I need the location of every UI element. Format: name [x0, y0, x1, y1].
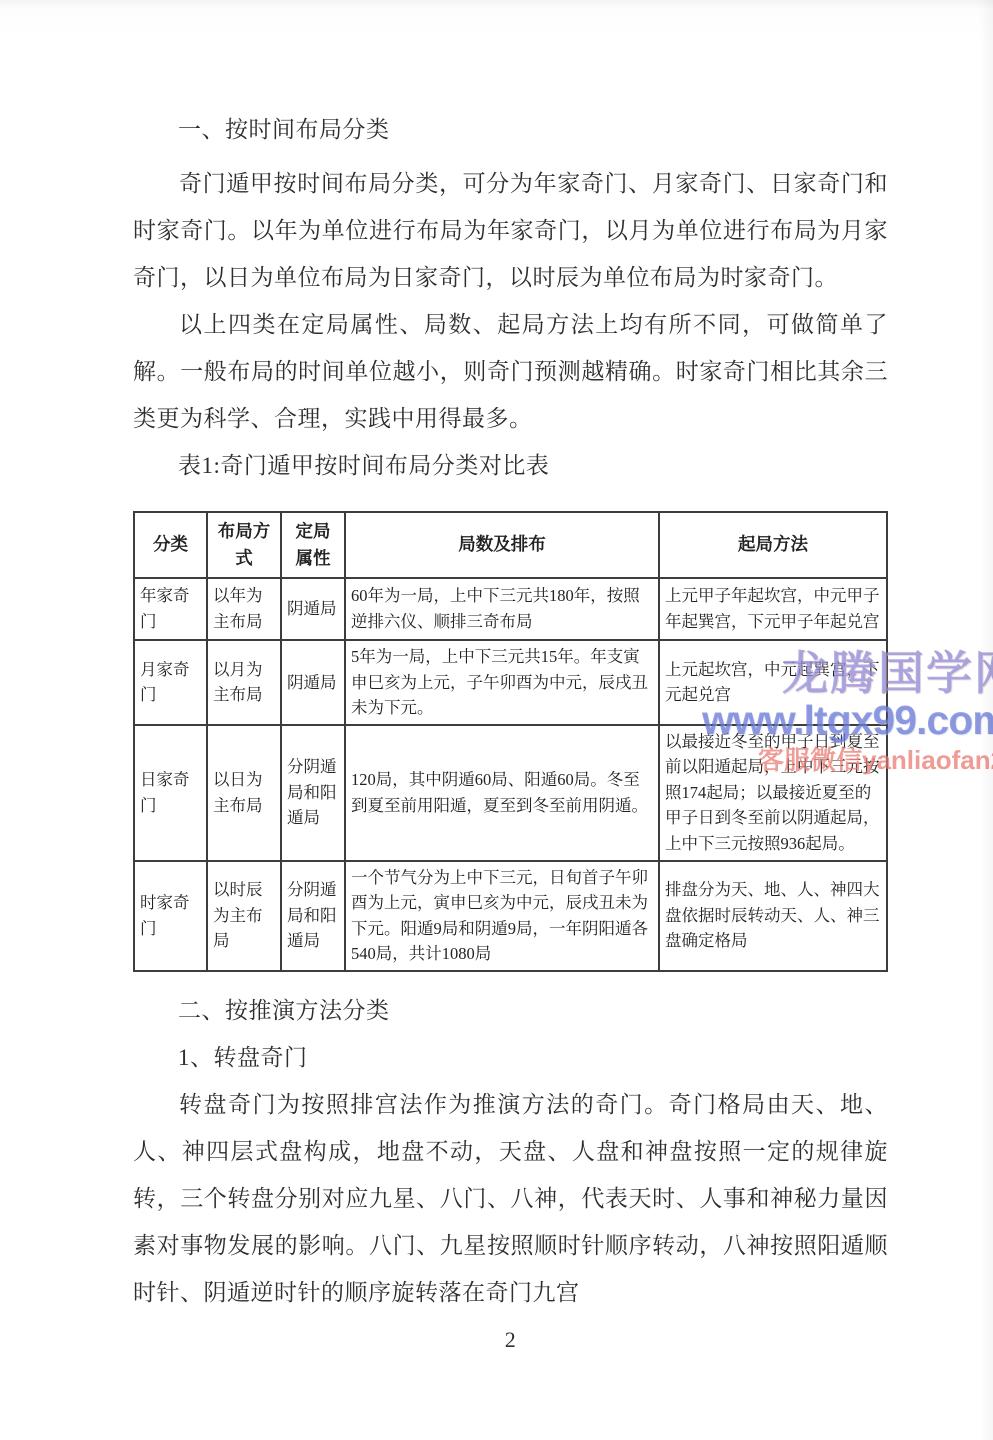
page-number: 2 — [133, 1316, 888, 1363]
table-header-ju-arrangement: 局数及排布 — [345, 512, 659, 578]
table-cell: 以日为主布局 — [207, 725, 281, 861]
table-header-ju-attribute: 定局属性 — [281, 512, 345, 578]
table-cell: 月家奇门 — [134, 640, 207, 725]
page-content: 一、按时间布局分类 奇门遁甲按时间布局分类，可分为年家奇门、月家奇门、日家奇门和… — [133, 0, 888, 1363]
table-header-qiju-method: 起局方法 — [659, 512, 887, 578]
table-row-year: 年家奇门 以年为主布局 阴遁局 60年为一局，上中下三元共180年，按照逆排六仪… — [134, 578, 887, 640]
table-cell: 上元甲子年起坎宫，中元甲子年起巽宫，下元甲子年起兑宫 — [659, 578, 887, 640]
paragraph-1: 奇门遁甲按时间布局分类，可分为年家奇门、月家奇门、日家奇门和时家奇门。以年为单位… — [133, 160, 888, 301]
section-heading-2: 二、按推演方法分类 — [133, 987, 888, 1034]
table-header-category: 分类 — [134, 512, 207, 578]
table-row-hour: 时家奇门 以时辰为主布局 分阴遁局和阳遁局 一个节气分为上中下三元，日旬首子午卯… — [134, 861, 887, 971]
table-caption: 表1:奇门遁甲按时间布局分类对比表 — [133, 442, 888, 489]
section-heading-1: 一、按时间布局分类 — [133, 106, 888, 153]
table-cell: 以年为主布局 — [207, 578, 281, 640]
table-cell: 阴遁局 — [281, 640, 345, 725]
document-page: 一、按时间布局分类 奇门遁甲按时间布局分类，可分为年家奇门、月家奇门、日家奇门和… — [0, 0, 993, 1440]
table-row-day: 日家奇门 以日为主布局 分阴遁局和阳遁局 120局，其中阴遁60局、阳遁60局。… — [134, 725, 887, 861]
table-cell: 60年为一局，上中下三元共180年，按照逆排六仪、顺排三奇布局 — [345, 578, 659, 640]
table-cell: 分阴遁局和阳遁局 — [281, 861, 345, 971]
paragraph-3: 转盘奇门为按照排宫法作为推演方法的奇门。奇门格局由天、地、人、神四层式盘构成，地… — [133, 1081, 888, 1316]
table-cell: 时家奇门 — [134, 861, 207, 971]
table-cell: 120局，其中阴遁60局、阳遁60局。冬至到夏至前用阳遁，夏至到冬至前用阴遁。 — [345, 725, 659, 861]
paragraph-2: 以上四类在定局属性、局数、起局方法上均有所不同，可做简单了解。一般布局的时间单位… — [133, 301, 888, 442]
table-cell: 阴遁局 — [281, 578, 345, 640]
table-cell: 上元起坎宫，中元起巽宫，下元起兑宫 — [659, 640, 887, 725]
table-header-row: 分类 布局方式 定局属性 局数及排布 起局方法 — [134, 512, 887, 578]
table-cell: 分阴遁局和阳遁局 — [281, 725, 345, 861]
table-cell: 日家奇门 — [134, 725, 207, 861]
table-cell: 年家奇门 — [134, 578, 207, 640]
table-cell: 5年为一局，上中下三元共15年。年支寅申巳亥为上元，子午卯酉为中元，辰戌丑未为下… — [345, 640, 659, 725]
table-row-month: 月家奇门 以月为主布局 阴遁局 5年为一局，上中下三元共15年。年支寅申巳亥为上… — [134, 640, 887, 725]
table-cell: 以时辰为主布局 — [207, 861, 281, 971]
table-header-layout-method: 布局方式 — [207, 512, 281, 578]
table-cell: 以最接近冬至的甲子日到夏至前以阳遁起局，上中下三元按照174起局；以最接近夏至的… — [659, 725, 887, 861]
table-cell: 一个节气分为上中下三元，日旬首子午卯酉为上元，寅申巳亥为中元，辰戌丑未为下元。阳… — [345, 861, 659, 971]
subsection-heading: 1、转盘奇门 — [133, 1034, 888, 1081]
classification-table: 分类 布局方式 定局属性 局数及排布 起局方法 年家奇门 以年为主布局 阴遁局 … — [133, 511, 888, 972]
table-cell: 排盘分为天、地、人、神四大盘依据时辰转动天、人、神三盘确定格局 — [659, 861, 887, 971]
table-cell: 以月为主布局 — [207, 640, 281, 725]
